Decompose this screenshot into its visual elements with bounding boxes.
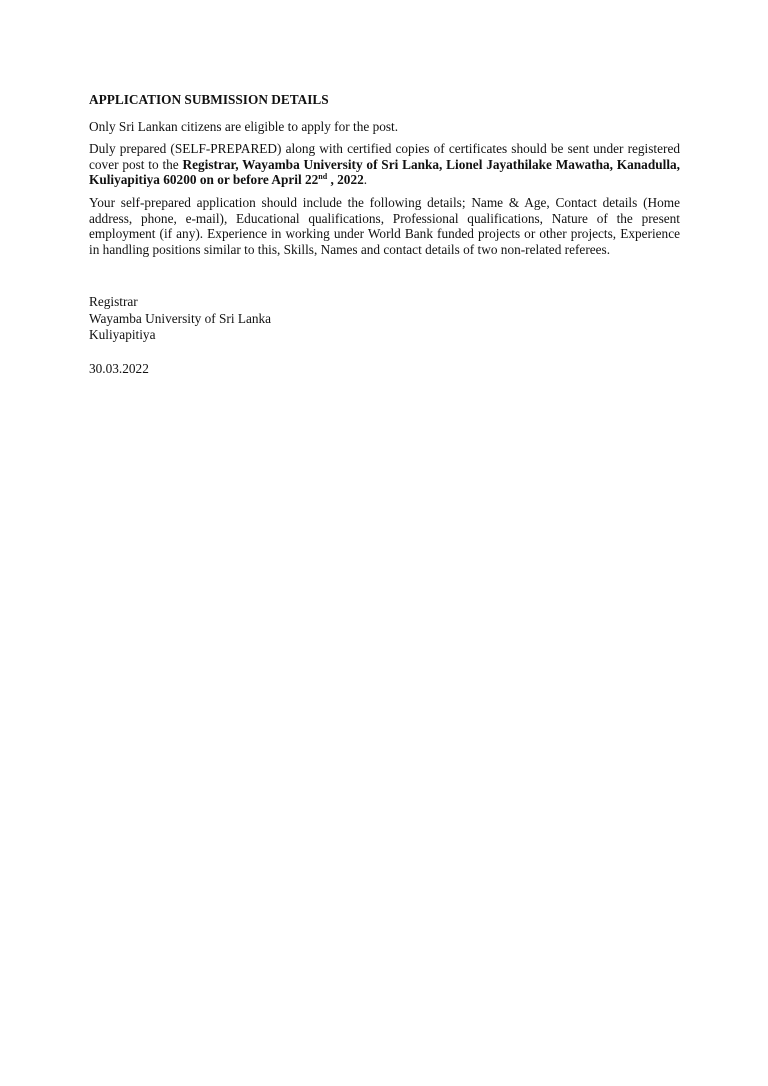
section-heading: APPLICATION SUBMISSION DETAILS: [89, 92, 680, 108]
deadline-year: , 2022: [327, 172, 364, 187]
signature-institution: Wayamba University of Sri Lanka: [89, 311, 680, 328]
signature-location: Kuliyapitiya: [89, 327, 680, 344]
signature-title: Registrar: [89, 294, 680, 311]
contents-paragraph: Your self-prepared application should in…: [89, 195, 680, 257]
signature-block: Registrar Wayamba University of Sri Lank…: [89, 294, 680, 344]
submission-paragraph: Duly prepared (SELF-PREPARED) along with…: [89, 141, 680, 188]
document-page: APPLICATION SUBMISSION DETAILS Only Sri …: [89, 92, 680, 376]
date-ordinal-suffix: nd: [318, 172, 327, 181]
document-date: 30.03.2022: [89, 361, 680, 377]
eligibility-paragraph: Only Sri Lankan citizens are eligible to…: [89, 119, 680, 135]
submission-end: .: [364, 172, 367, 187]
